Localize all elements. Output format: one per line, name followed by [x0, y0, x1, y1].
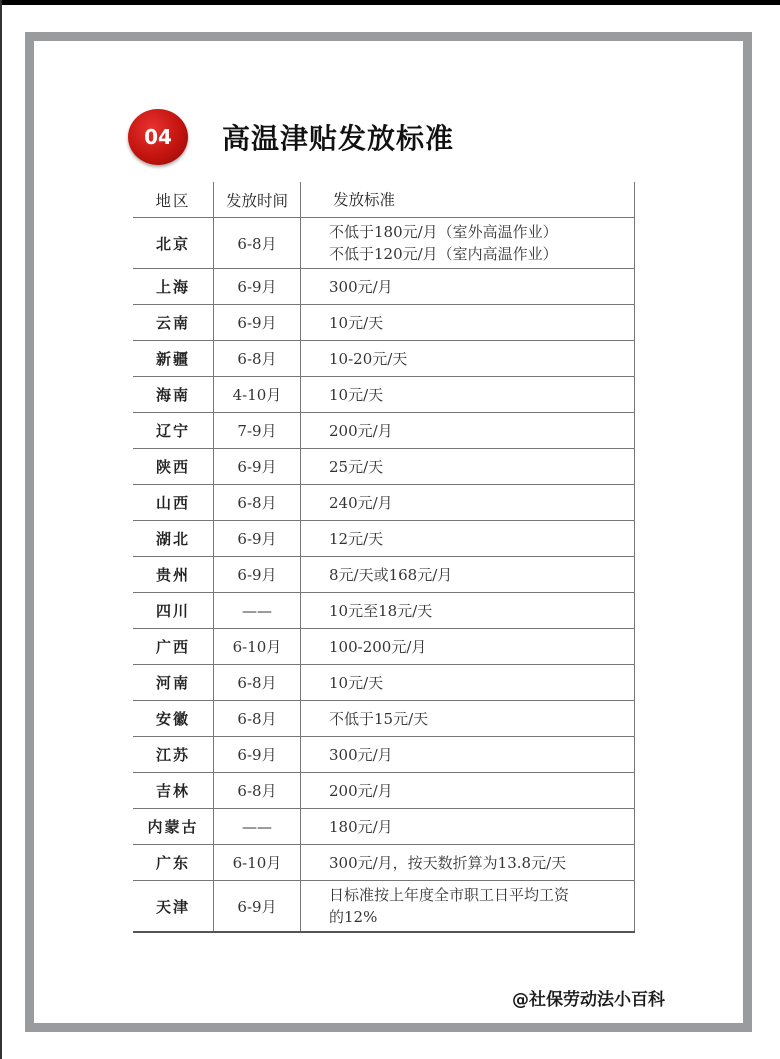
standard-line: 300元/月 — [329, 276, 634, 298]
cell-region: 湖北 — [133, 521, 214, 557]
cell-period: 6-8月 — [214, 218, 301, 269]
table-row: 山西6-8月240元/月 — [133, 485, 635, 521]
cell-standard: 日标准按上年度全市职工日平均工资的12% — [301, 881, 635, 933]
table-row: 湖北6-9月12元/天 — [133, 521, 635, 557]
cell-period: 6-9月 — [214, 269, 301, 305]
cell-standard: 10元/天 — [301, 377, 635, 413]
cell-standard: 100-200元/月 — [301, 629, 635, 665]
cell-standard: 180元/月 — [301, 809, 635, 845]
cell-region: 河南 — [133, 665, 214, 701]
table-row: 河南6-8月10元/天 — [133, 665, 635, 701]
cell-region: 内蒙古 — [133, 809, 214, 845]
table-row: 上海6-9月300元/月 — [133, 269, 635, 305]
table-row: 内蒙古——180元/月 — [133, 809, 635, 845]
table-row: 海南4-10月10元/天 — [133, 377, 635, 413]
cell-standard: 12元/天 — [301, 521, 635, 557]
standard-line: 10元/天 — [329, 312, 634, 334]
cell-region: 海南 — [133, 377, 214, 413]
standard-line: 8元/天或168元/月 — [329, 564, 634, 586]
page-title: 高温津贴发放标准 — [222, 117, 454, 157]
table-row: 吉林6-8月200元/月 — [133, 773, 635, 809]
cell-period: 6-8月 — [214, 701, 301, 737]
table-row: 安徽6-8月不低于15元/天 — [133, 701, 635, 737]
cell-standard: 10元至18元/天 — [301, 593, 635, 629]
cell-region: 新疆 — [133, 341, 214, 377]
left-edge — [0, 0, 2, 1059]
cell-standard: 200元/月 — [301, 773, 635, 809]
standard-line: 不低于180元/月（室外高温作业） — [329, 221, 634, 243]
cell-region: 江苏 — [133, 737, 214, 773]
table-row: 广东6-10月300元/月，按天数折算为13.8元/天 — [133, 845, 635, 881]
standard-line: 200元/月 — [329, 780, 634, 802]
cell-period: 6-9月 — [214, 881, 301, 933]
standard-line: 10元/天 — [329, 672, 634, 694]
cell-period: 6-8月 — [214, 341, 301, 377]
table-header-row: 地区 发放时间 发放标准 — [133, 182, 635, 218]
cell-standard: 240元/月 — [301, 485, 635, 521]
cell-region: 北京 — [133, 218, 214, 269]
cell-period: 6-8月 — [214, 773, 301, 809]
watermark: @社保劳动法小百科 — [512, 985, 665, 1010]
cell-period: 6-10月 — [214, 629, 301, 665]
table-row: 江苏6-9月300元/月 — [133, 737, 635, 773]
cell-period: 6-8月 — [214, 485, 301, 521]
cell-region: 广西 — [133, 629, 214, 665]
standard-line: 300元/月 — [329, 744, 634, 766]
cell-standard: 10元/天 — [301, 305, 635, 341]
cell-period: —— — [214, 809, 301, 845]
table-row: 北京6-8月不低于180元/月（室外高温作业）不低于120元/月（室内高温作业） — [133, 218, 635, 269]
header-standard: 发放标准 — [301, 182, 635, 218]
cell-period: 6-9月 — [214, 305, 301, 341]
subsidy-table: 地区 发放时间 发放标准 北京6-8月不低于180元/月（室外高温作业）不低于1… — [133, 182, 635, 933]
cell-standard: 300元/月 — [301, 737, 635, 773]
standard-line: 12元/天 — [329, 528, 634, 550]
standard-line: 240元/月 — [329, 492, 634, 514]
standard-line: 100-200元/月 — [329, 636, 634, 658]
top-bar — [0, 0, 780, 5]
cell-region: 四川 — [133, 593, 214, 629]
cell-period: —— — [214, 593, 301, 629]
header-period: 发放时间 — [214, 182, 301, 218]
standard-line: 10元至18元/天 — [329, 600, 634, 622]
cell-period: 6-9月 — [214, 449, 301, 485]
cell-region: 广东 — [133, 845, 214, 881]
cell-standard: 10元/天 — [301, 665, 635, 701]
standard-line: 200元/月 — [329, 420, 634, 442]
table-row: 天津6-9月日标准按上年度全市职工日平均工资的12% — [133, 881, 635, 933]
standard-line: 300元/月，按天数折算为13.8元/天 — [329, 852, 634, 874]
cell-standard: 不低于15元/天 — [301, 701, 635, 737]
cell-period: 6-9月 — [214, 737, 301, 773]
table-row: 广西6-10月100-200元/月 — [133, 629, 635, 665]
cell-standard: 300元/月 — [301, 269, 635, 305]
cell-period: 6-10月 — [214, 845, 301, 881]
standard-line: 日标准按上年度全市职工日平均工资 — [329, 884, 634, 906]
standard-line: 不低于15元/天 — [329, 708, 634, 730]
header-region: 地区 — [133, 182, 214, 218]
cell-region: 吉林 — [133, 773, 214, 809]
cell-standard: 25元/天 — [301, 449, 635, 485]
cell-standard: 200元/月 — [301, 413, 635, 449]
cell-standard: 10-20元/天 — [301, 341, 635, 377]
table-row: 新疆6-8月10-20元/天 — [133, 341, 635, 377]
cell-period: 6-9月 — [214, 557, 301, 593]
cell-period: 6-8月 — [214, 665, 301, 701]
cell-region: 陕西 — [133, 449, 214, 485]
cell-standard: 不低于180元/月（室外高温作业）不低于120元/月（室内高温作业） — [301, 218, 635, 269]
cell-standard: 8元/天或168元/月 — [301, 557, 635, 593]
table-row: 四川——10元至18元/天 — [133, 593, 635, 629]
section-number-badge: 04 — [128, 109, 188, 165]
standard-line: 10-20元/天 — [329, 348, 634, 370]
cell-region: 云南 — [133, 305, 214, 341]
cell-region: 安徽 — [133, 701, 214, 737]
cell-region: 山西 — [133, 485, 214, 521]
cell-region: 天津 — [133, 881, 214, 933]
cell-standard: 300元/月，按天数折算为13.8元/天 — [301, 845, 635, 881]
cell-region: 上海 — [133, 269, 214, 305]
table-row: 贵州6-9月8元/天或168元/月 — [133, 557, 635, 593]
cell-region: 贵州 — [133, 557, 214, 593]
standard-line: 10元/天 — [329, 384, 634, 406]
table-row: 陕西6-9月25元/天 — [133, 449, 635, 485]
table-row: 辽宁7-9月200元/月 — [133, 413, 635, 449]
cell-period: 7-9月 — [214, 413, 301, 449]
cell-period: 4-10月 — [214, 377, 301, 413]
standard-line: 180元/月 — [329, 816, 634, 838]
standard-line: 不低于120元/月（室内高温作业） — [329, 243, 634, 265]
standard-line: 25元/天 — [329, 456, 634, 478]
table-row: 云南6-9月10元/天 — [133, 305, 635, 341]
cell-period: 6-9月 — [214, 521, 301, 557]
cell-region: 辽宁 — [133, 413, 214, 449]
standard-line: 的12% — [329, 906, 634, 928]
